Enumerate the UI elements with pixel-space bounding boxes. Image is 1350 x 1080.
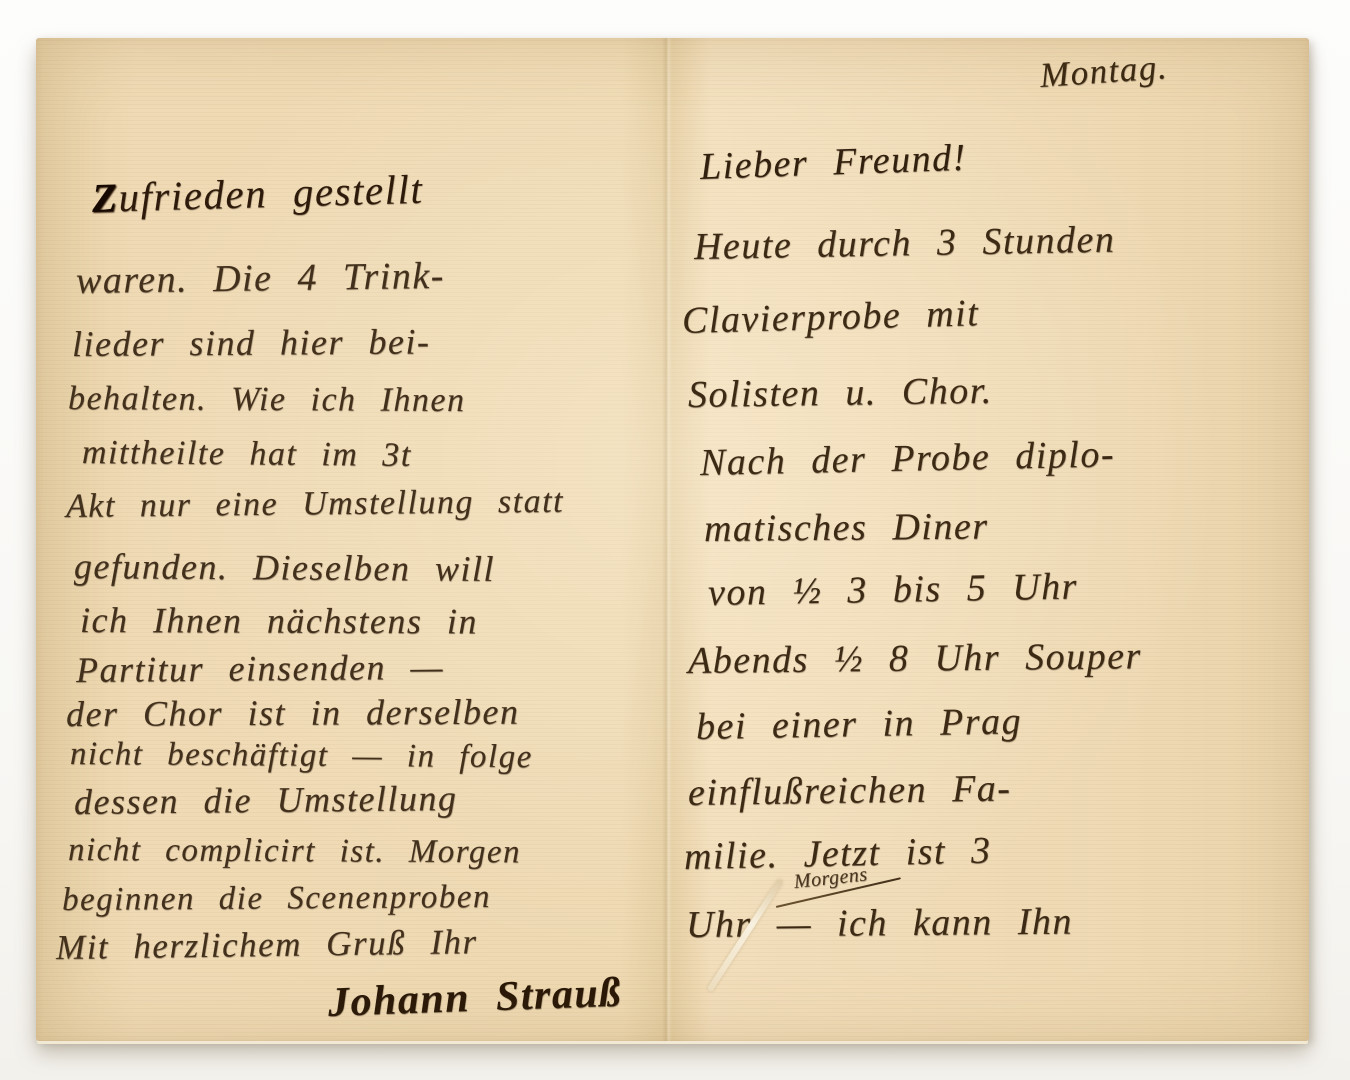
- handwriting-line: dessen die Umstellung: [74, 780, 458, 820]
- salutation-line: Lieber Freund!: [699, 139, 967, 186]
- handwriting-line: Abends ½ 8 Uhr Souper: [688, 637, 1142, 680]
- handwriting-line: Zufrieden gestellt: [91, 169, 423, 219]
- handwriting-line: bei einer in Prag: [696, 702, 1023, 746]
- handwriting-line: von ½ 3 bis 5 Uhr: [708, 568, 1079, 612]
- handwriting-line: beginnen die Scenenproben: [62, 881, 491, 917]
- handwriting-line: ich Ihnen nächstens in: [80, 602, 478, 639]
- handwriting-line: mittheilte hat im 3t: [82, 436, 412, 473]
- dateline: Montag.: [1039, 49, 1169, 93]
- handwriting-line: einflußreichen Fa-: [688, 769, 1012, 812]
- fold-crease: [662, 38, 672, 1041]
- closing-line: Mit herzlichem Gruß Ihr: [56, 924, 478, 965]
- handwriting-line: Solisten u. Chor.: [688, 372, 993, 414]
- handwriting-line: behalten. Wie ich Ihnen: [68, 382, 466, 418]
- handwriting-line: lieder sind hier bei-: [72, 323, 431, 362]
- letter-photograph: Zufrieden gestellt waren. Die 4 Trink- l…: [0, 0, 1350, 1080]
- handwriting-line: gefunden. Dieselben will: [74, 548, 495, 587]
- handwriting-line: nicht beschäftigt — in folge: [70, 738, 533, 774]
- handwriting-line: der Chor ist in derselben: [66, 694, 520, 732]
- handwriting-line: Akt nur eine Umstellung statt: [66, 485, 564, 524]
- handwriting-line: Nach der Probe diplo-: [700, 435, 1116, 482]
- signature-johann-strauss: Johann Strauß: [327, 972, 622, 1024]
- handwriting-line: matisches Diner: [704, 508, 989, 548]
- handwriting-line: Partitur einsenden —: [76, 649, 444, 688]
- handwriting-line: Heute durch 3 Stunden: [694, 221, 1116, 266]
- letter-sheet: Zufrieden gestellt waren. Die 4 Trink- l…: [36, 38, 1309, 1041]
- handwriting-line: nicht complicirt ist. Morgen: [68, 834, 521, 869]
- handwriting-line: Clavierprobe mit: [682, 294, 980, 340]
- handwriting-line: waren. Die 4 Trink-: [76, 257, 445, 300]
